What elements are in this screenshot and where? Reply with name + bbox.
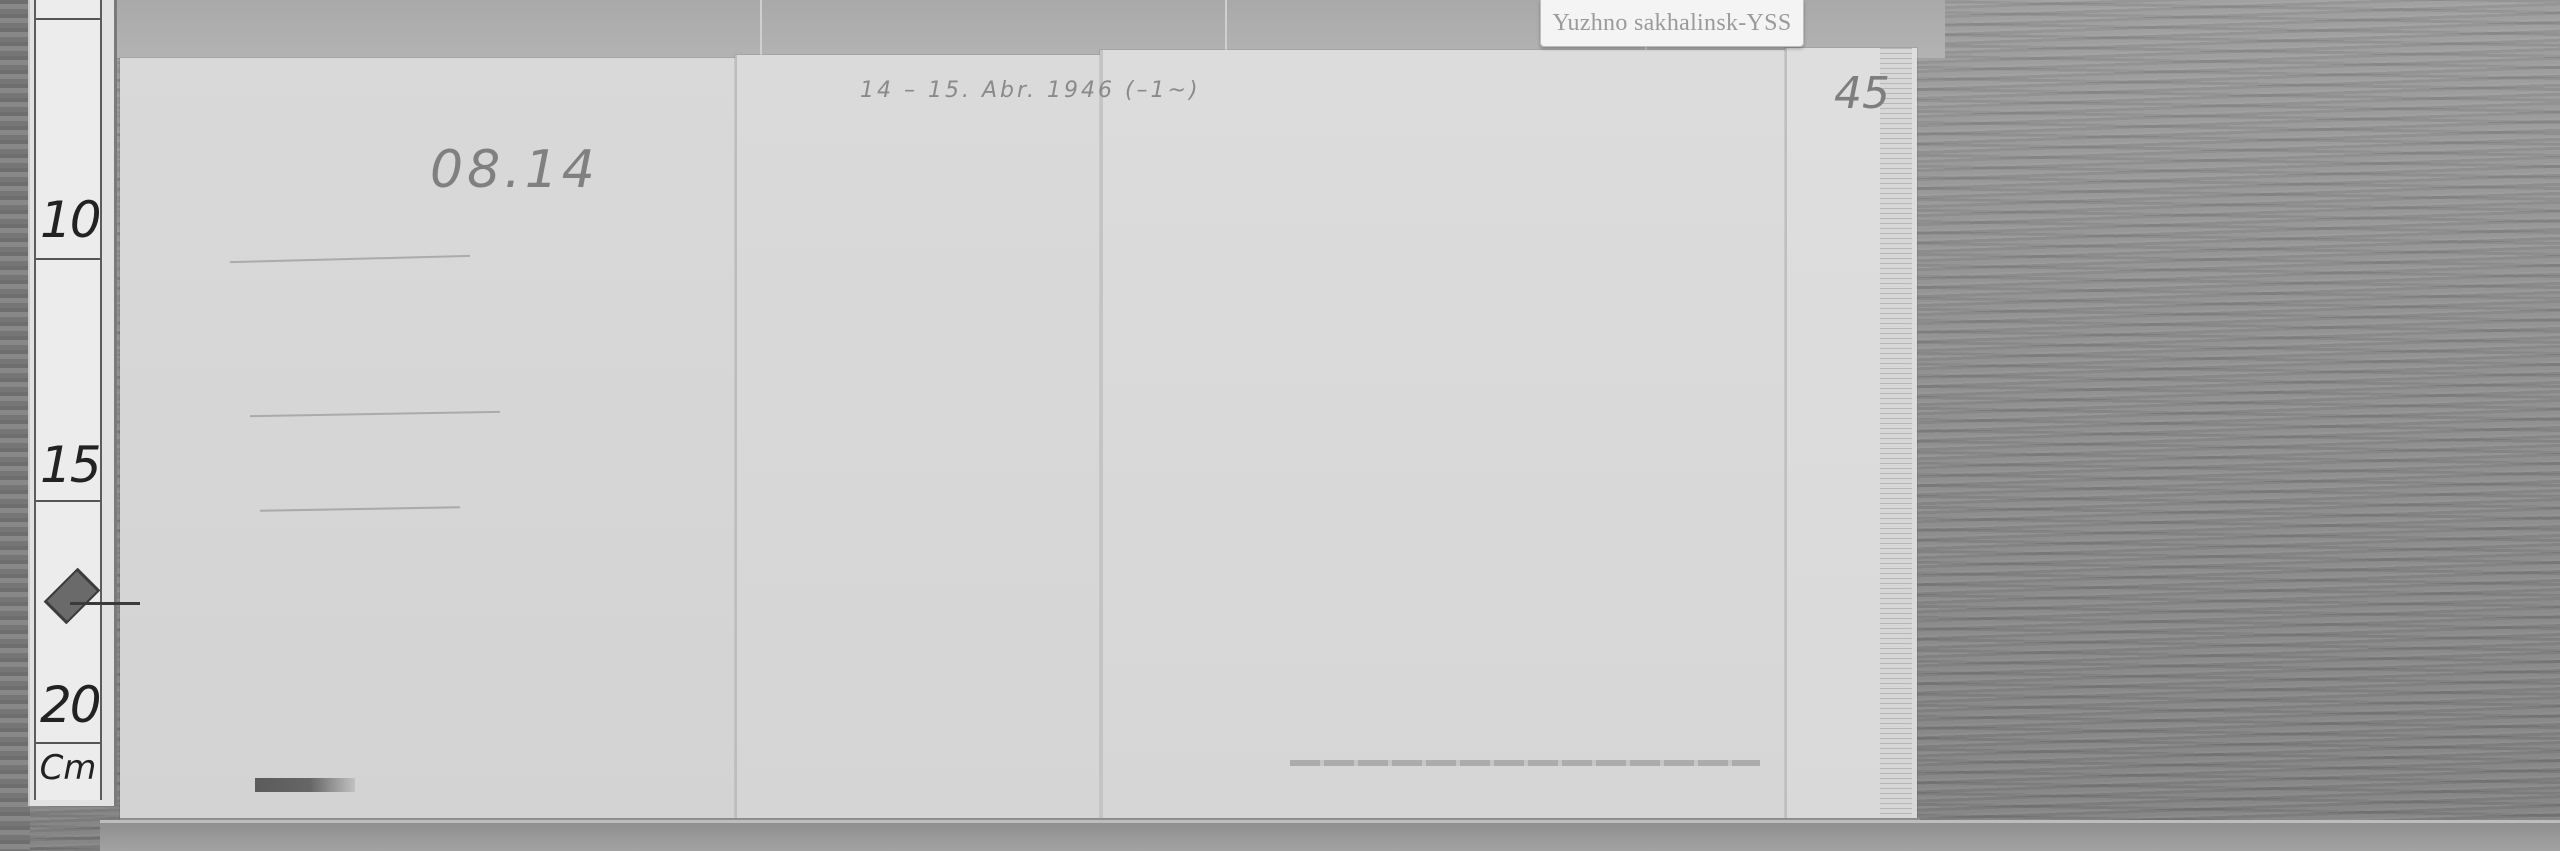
seismogram-sheet-panel-2	[735, 55, 1122, 818]
seismogram-trace	[250, 411, 500, 417]
dark-trace-mark	[255, 778, 355, 792]
time-scale-ticks	[1880, 48, 1912, 838]
seismogram-trace	[260, 506, 460, 511]
handwritten-record-code: 08.14	[430, 140, 599, 200]
ruler-number-15: 15	[40, 440, 96, 490]
ruler-division-line	[36, 742, 100, 744]
ruler-number-20: 20	[40, 680, 96, 730]
wooden-background-left-edge	[0, 0, 30, 851]
ruler-division-line	[36, 500, 100, 502]
ruler-face: 10 15 20 Cm	[34, 0, 102, 800]
seismogram-trace	[230, 255, 470, 263]
ruler-division-line	[36, 18, 100, 20]
handwritten-sheet-number: 45	[1834, 68, 1890, 119]
ruler-marker-line	[70, 602, 140, 605]
station-label: Yuzhno sakhalinsk-YSS	[1540, 0, 1804, 47]
ruler-diamond-marker-icon	[44, 568, 101, 625]
bottom-paper-strip	[100, 820, 2560, 851]
seismogram-sheet-panel-3	[1100, 50, 1803, 825]
ruler-unit-label: Cm	[38, 748, 98, 788]
ruler-division-line	[36, 258, 100, 260]
handwritten-date: 14 – 15. Abr. 1946 (–1~)	[860, 78, 1201, 103]
top-strip-segment	[105, 0, 762, 58]
faint-trace-line	[1290, 760, 1760, 766]
centimeter-ruler: 10 15 20 Cm	[28, 0, 117, 806]
station-label-text: Yuzhno sakhalinsk-YSS	[1553, 10, 1792, 37]
ruler-number-10: 10	[40, 195, 96, 245]
